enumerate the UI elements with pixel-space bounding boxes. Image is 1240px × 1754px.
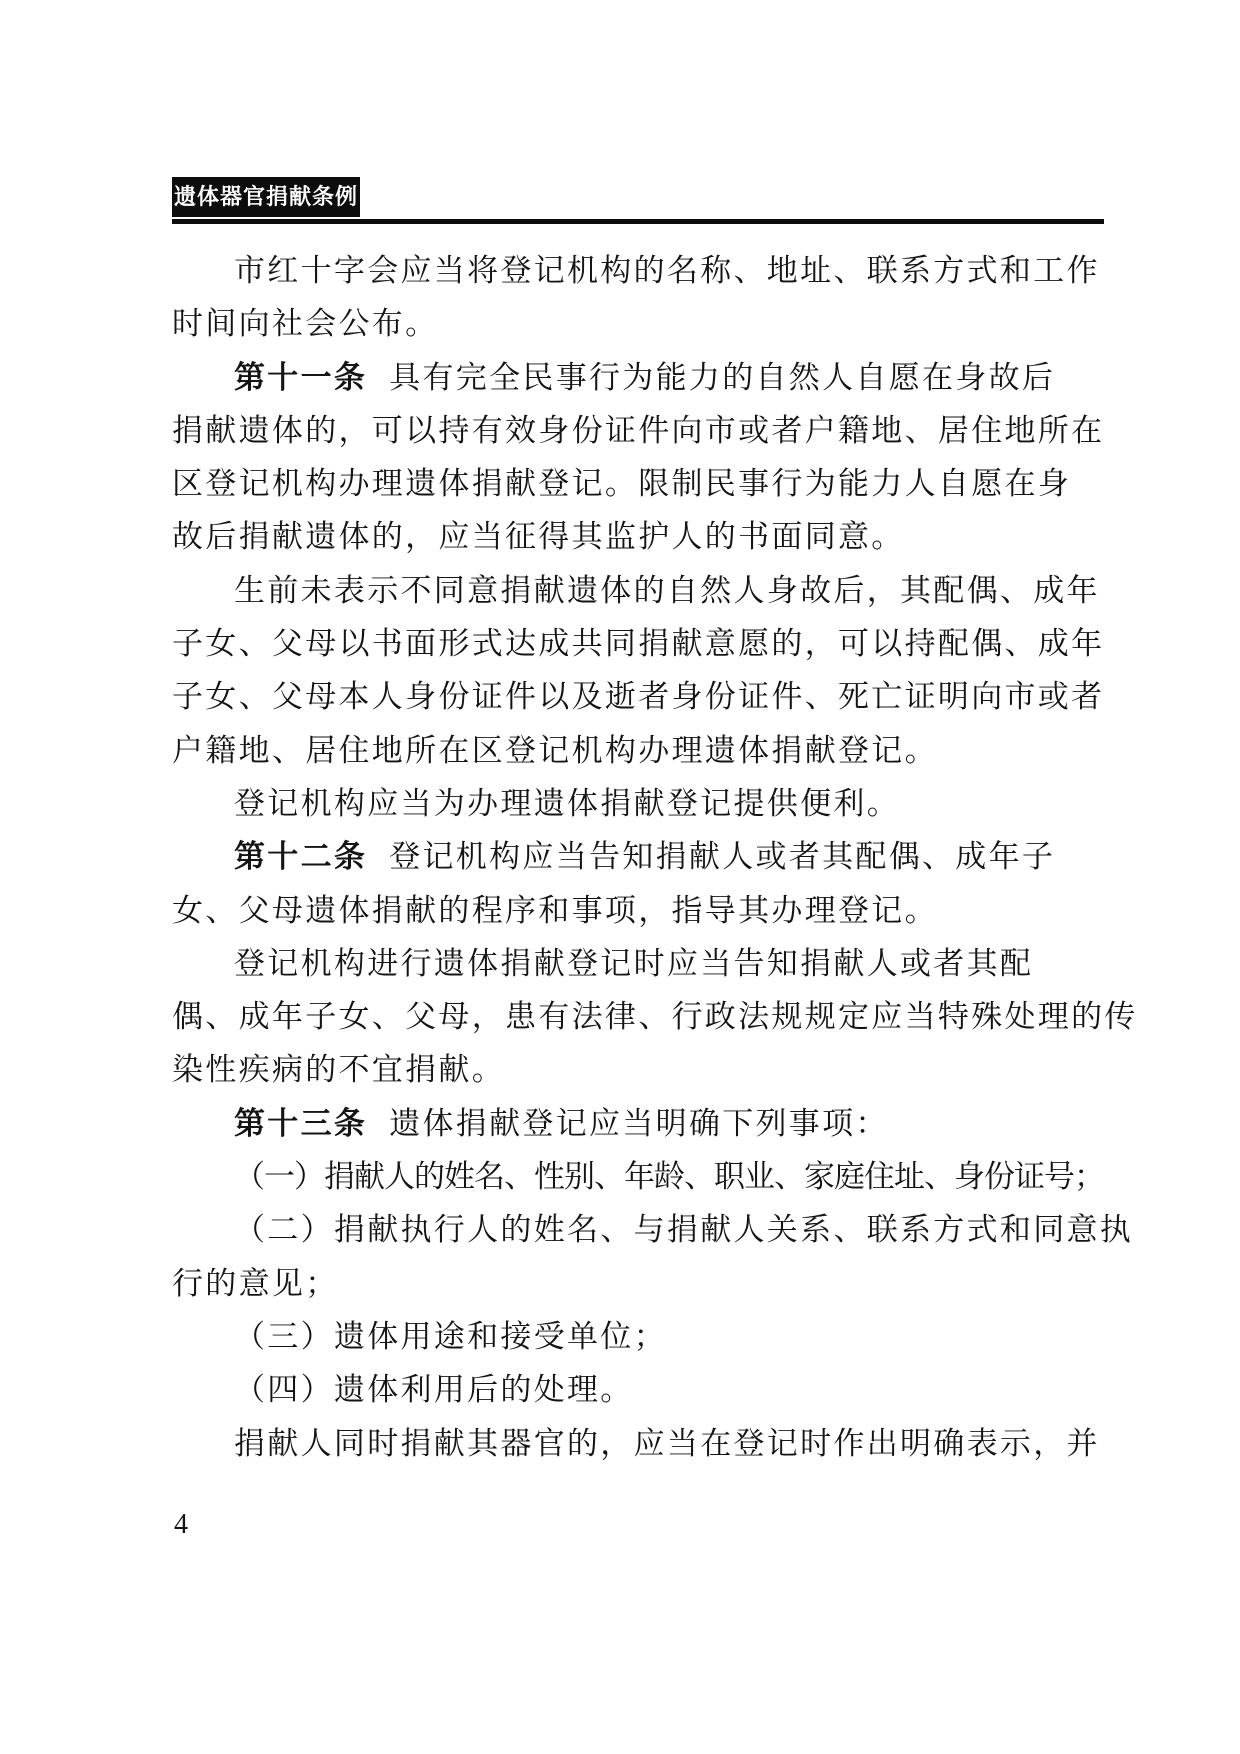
article-number: 第十三条 <box>234 1106 367 1141</box>
text-line: 时间向社会公布。 <box>172 297 1104 350</box>
line-text: 遗体捐献登记应当明确下列事项： <box>389 1106 889 1141</box>
text-line: （三）遗体用途和接受单位； <box>172 1310 1104 1363</box>
text-line: （二）捐献执行人的姓名、与捐献人关系、联系方式和同意执 <box>172 1203 1104 1256</box>
text-line: 登记机构应当为办理遗体捐献登记提供便利。 <box>172 777 1104 830</box>
header-badge-title: 遗体器官捐献条例 <box>174 184 358 209</box>
line-text: 登记机构进行遗体捐献登记时应当告知捐献人或者其配 <box>234 946 1033 981</box>
document-page: 遗体器官捐献条例 市红十字会应当将登记机构的名称、地址、联系方式和工作 时间向社… <box>0 0 1240 1754</box>
line-text: 区登记机构办理遗体捐献登记。限制民事行为能力人自愿在身 <box>172 466 1071 501</box>
line-text: 偶、成年子女、父母，患有法律、行政法规规定应当特殊处理的传 <box>172 999 1138 1034</box>
line-text: 登记机构应当为办理遗体捐献登记提供便利。 <box>234 786 900 821</box>
line-text: 登记机构应当告知捐献人或者其配偶、成年子 <box>389 839 1055 874</box>
text-line: 第十一条具有完全民事行为能力的自然人自愿在身故后 <box>172 351 1104 404</box>
line-text: （二）捐献执行人的姓名、与捐献人关系、联系方式和同意执 <box>234 1212 1133 1247</box>
text-line: 染性疾病的不宜捐献。 <box>172 1043 1104 1096</box>
line-text: 捐献遗体的，可以持有效身份证件向市或者户籍地、居住地所在 <box>172 413 1104 448</box>
article-number: 第十一条 <box>234 360 367 395</box>
text-line: 女、父母遗体捐献的程序和事项，指导其办理登记。 <box>172 884 1104 937</box>
line-text: 时间向社会公布。 <box>172 306 438 341</box>
line-text: 捐献人同时捐献其器官的，应当在登记时作出明确表示，并 <box>234 1426 1100 1461</box>
article-number: 第十二条 <box>234 839 367 874</box>
text-line: 行的意见； <box>172 1257 1104 1310</box>
text-line: 户籍地、居住地所在区登记机构办理遗体捐献登记。 <box>172 724 1104 777</box>
text-line: （四）遗体利用后的处理。 <box>172 1363 1104 1416</box>
page-number: 4 <box>174 1505 188 1545</box>
text-line: 偶、成年子女、父母，患有法律、行政法规规定应当特殊处理的传 <box>172 990 1104 1043</box>
line-text: 市红十字会应当将登记机构的名称、地址、联系方式和工作 <box>234 253 1100 288</box>
line-text: 染性疾病的不宜捐献。 <box>172 1052 505 1087</box>
text-line: 生前未表示不同意捐献遗体的自然人身故后，其配偶、成年 <box>172 564 1104 617</box>
line-text: 故后捐献遗体的，应当征得其监护人的书面同意。 <box>172 519 905 554</box>
text-line: 捐献人同时捐献其器官的，应当在登记时作出明确表示，并 <box>172 1417 1104 1470</box>
line-text: 行的意见； <box>172 1266 339 1301</box>
text-line: 第十三条遗体捐献登记应当明确下列事项： <box>172 1097 1104 1150</box>
line-text: 女、父母遗体捐献的程序和事项，指导其办理登记。 <box>172 893 938 928</box>
text-line: 第十二条登记机构应当告知捐献人或者其配偶、成年子 <box>172 830 1104 883</box>
line-text: 户籍地、居住地所在区登记机构办理遗体捐献登记。 <box>172 733 938 768</box>
header-badge: 遗体器官捐献条例 <box>172 177 360 217</box>
text-line: 区登记机构办理遗体捐献登记。限制民事行为能力人自愿在身 <box>172 457 1104 510</box>
header-divider <box>172 219 1104 224</box>
text-line: （一）捐献人的姓名、性别、年龄、职业、家庭住址、身份证号； <box>172 1150 1104 1203</box>
text-line: 子女、父母本人身份证件以及逝者身份证件、死亡证明向市或者 <box>172 670 1104 723</box>
line-text: 生前未表示不同意捐献遗体的自然人身故后，其配偶、成年 <box>234 573 1100 608</box>
line-text: 子女、父母以书面形式达成共同捐献意愿的，可以持配偶、成年 <box>172 626 1104 661</box>
line-text: （三）遗体用途和接受单位； <box>234 1319 667 1354</box>
document-body: 市红十字会应当将登记机构的名称、地址、联系方式和工作 时间向社会公布。 第十一条… <box>172 244 1104 1470</box>
line-text: 具有完全民事行为能力的自然人自愿在身故后 <box>389 360 1055 395</box>
text-line: 登记机构进行遗体捐献登记时应当告知捐献人或者其配 <box>172 937 1104 990</box>
line-text: （四）遗体利用后的处理。 <box>234 1372 634 1407</box>
text-line: 故后捐献遗体的，应当征得其监护人的书面同意。 <box>172 510 1104 563</box>
text-line: 子女、父母以书面形式达成共同捐献意愿的，可以持配偶、成年 <box>172 617 1104 670</box>
text-line: 捐献遗体的，可以持有效身份证件向市或者户籍地、居住地所在 <box>172 404 1104 457</box>
text-line: 市红十字会应当将登记机构的名称、地址、联系方式和工作 <box>172 244 1104 297</box>
line-text: 子女、父母本人身份证件以及逝者身份证件、死亡证明向市或者 <box>172 679 1104 714</box>
line-text: （一）捐献人的姓名、性别、年龄、职业、家庭住址、身份证号； <box>234 1159 1104 1194</box>
